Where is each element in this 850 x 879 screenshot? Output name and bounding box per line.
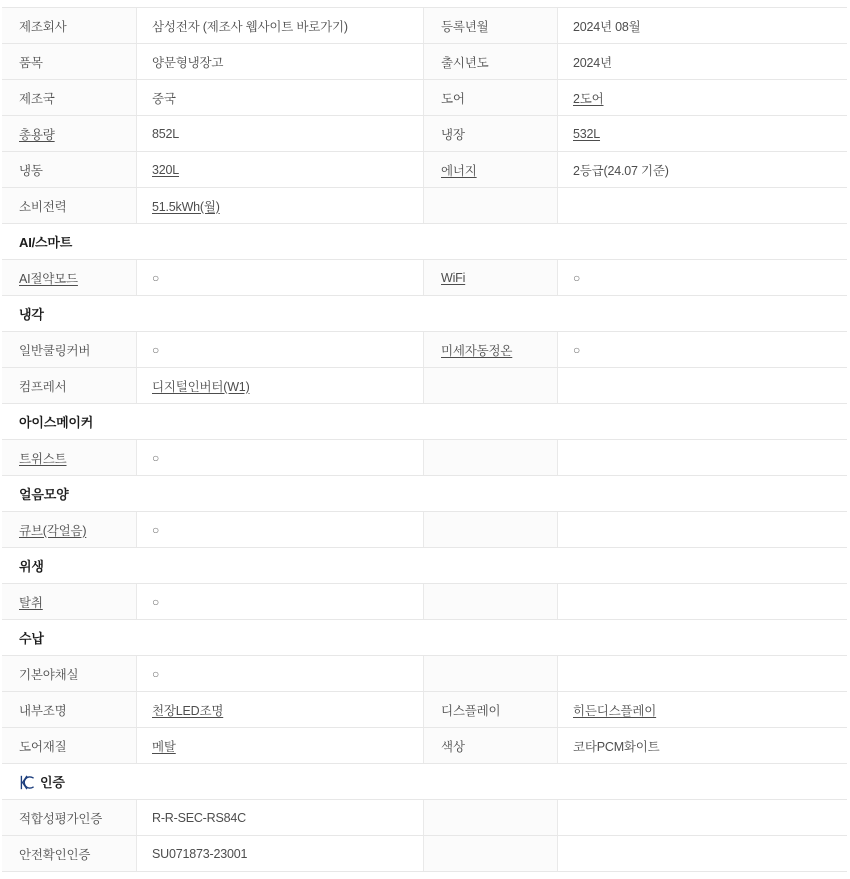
spec-label: 기본야채실 (19, 665, 78, 683)
spec-value-cell: 히든디스플레이 (558, 692, 847, 727)
spec-label-cell: 디스플레이 (424, 692, 558, 727)
spec-label-cell: 출시년도 (424, 44, 558, 79)
spec-value-cell: ○ (137, 332, 424, 367)
section-title: 위생 (19, 556, 44, 575)
section-header: 냉각 (2, 296, 847, 332)
spec-label-cell: 기본야채실 (2, 656, 137, 691)
spec-value: 852L (152, 127, 179, 141)
spec-value-cell: ○ (137, 512, 424, 547)
spec-label-cell: 도어 (424, 80, 558, 115)
table-row: 트위스트○ (2, 440, 847, 476)
spec-label-cell: 안전확인인증 (2, 836, 137, 871)
spec-value-link[interactable]: 디지털인버터(W1) (152, 377, 250, 395)
spec-value-cell: ○ (137, 440, 424, 475)
table-row: 품목양문형냉장고출시년도2024년 (2, 44, 847, 80)
spec-label: 출시년도 (441, 53, 489, 71)
table-row: 소비전력51.5kWh(월) (2, 188, 847, 224)
section-title: 아이스메이커 (19, 412, 93, 431)
spec-value-cell: 코타PCM화이트 (558, 728, 847, 763)
spec-value-cell: 천장LED조명 (137, 692, 424, 727)
spec-value-cell (558, 584, 847, 619)
spec-label-cell (424, 800, 558, 835)
table-row: 컴프레서디지털인버터(W1) (2, 368, 847, 404)
table-row: 내부조명천장LED조명디스플레이히든디스플레이 (2, 692, 847, 728)
spec-label-cell: 탈취 (2, 584, 137, 619)
spec-value-cell: 2024년 (558, 44, 847, 79)
spec-value-link[interactable]: 히든디스플레이 (573, 701, 656, 719)
spec-value: SU071873-23001 (152, 847, 247, 861)
spec-label-cell: 총용량 (2, 116, 137, 151)
section-title: AI/스마트 (19, 232, 72, 251)
spec-label-cell: 냉장 (424, 116, 558, 151)
spec-label: 일반쿨링커버 (19, 341, 90, 359)
feature-present-circle: ○ (152, 523, 159, 537)
spec-label-link[interactable]: 트위스트 (19, 449, 67, 467)
kc-certification-icon (19, 775, 35, 790)
spec-label-cell: 제조국 (2, 80, 137, 115)
spec-label: 냉장 (441, 125, 465, 143)
spec-value: 코타PCM화이트 (573, 737, 660, 755)
table-row: 탈취○ (2, 584, 847, 620)
spec-value-cell: 디지털인버터(W1) (137, 368, 424, 403)
spec-value-cell: ○ (137, 584, 424, 619)
product-spec-table: 제조회사삼성전자 (제조사 웹사이트 바로가기)등록년월2024년 08월품목양… (2, 7, 847, 872)
spec-label: 제조국 (19, 89, 55, 107)
spec-value-cell: SU071873-23001 (137, 836, 424, 871)
spec-value: 2024년 (573, 53, 612, 71)
spec-value-cell: ○ (558, 332, 847, 367)
section-header: 아이스메이커 (2, 404, 847, 440)
spec-value-link[interactable]: 51.5kWh(월) (152, 197, 220, 215)
spec-value: 중국 (152, 89, 176, 107)
spec-label-cell: AI절약모드 (2, 260, 137, 295)
spec-label-link[interactable]: 큐브(각얼음) (19, 521, 86, 539)
feature-present-circle: ○ (152, 667, 159, 681)
spec-value-link[interactable]: 메탈 (152, 737, 176, 755)
section-header: 위생 (2, 548, 847, 584)
spec-label-cell (424, 368, 558, 403)
table-row: 적합성평가인증R-R-SEC-RS84C (2, 800, 847, 836)
spec-value-link[interactable]: 532L (573, 127, 600, 141)
section-header: AI/스마트 (2, 224, 847, 260)
table-row: 기본야채실○ (2, 656, 847, 692)
section-title: 냉각 (19, 304, 44, 323)
table-row: AI절약모드○WiFi○ (2, 260, 847, 296)
feature-present-circle: ○ (573, 343, 580, 357)
feature-present-circle: ○ (152, 343, 159, 357)
spec-label-link[interactable]: 탈취 (19, 593, 43, 611)
spec-label: 품목 (19, 53, 43, 71)
spec-value-cell (558, 512, 847, 547)
spec-label: 색상 (441, 737, 465, 755)
spec-value-cell (558, 656, 847, 691)
spec-label-link[interactable]: AI절약모드 (19, 269, 78, 287)
spec-value-cell: 양문형냉장고 (137, 44, 424, 79)
spec-label-cell: 품목 (2, 44, 137, 79)
spec-value-link[interactable]: 320L (152, 163, 179, 177)
spec-label-cell: 적합성평가인증 (2, 800, 137, 835)
spec-label-cell: 색상 (424, 728, 558, 763)
spec-label: 내부조명 (19, 701, 67, 719)
spec-label-cell: 소비전력 (2, 188, 137, 223)
section-header: 인증 (2, 764, 847, 800)
spec-value-cell (558, 188, 847, 223)
spec-value-cell (558, 836, 847, 871)
table-row: 큐브(각얼음)○ (2, 512, 847, 548)
spec-label-cell: 미세자동정온 (424, 332, 558, 367)
spec-value-cell: 51.5kWh(월) (137, 188, 424, 223)
spec-label-cell: 도어재질 (2, 728, 137, 763)
table-row: 제조회사삼성전자 (제조사 웹사이트 바로가기)등록년월2024년 08월 (2, 8, 847, 44)
spec-value-cell: 2등급(24.07 기준) (558, 152, 847, 187)
spec-value: R-R-SEC-RS84C (152, 811, 246, 825)
spec-value: 2024년 08월 (573, 17, 641, 35)
spec-value-cell: 2도어 (558, 80, 847, 115)
spec-label-cell (424, 656, 558, 691)
spec-value: 양문형냉장고 (152, 53, 223, 71)
spec-label-cell: 트위스트 (2, 440, 137, 475)
spec-value-cell: ○ (137, 260, 424, 295)
spec-label-cell (424, 836, 558, 871)
spec-value-cell (558, 368, 847, 403)
spec-value-link[interactable]: 2도어 (573, 89, 604, 107)
spec-label: 제조회사 (19, 17, 67, 35)
spec-value: 2등급(24.07 기준) (573, 161, 669, 179)
section-header: 얼음모양 (2, 476, 847, 512)
spec-label-cell (424, 584, 558, 619)
section-header: 수납 (2, 620, 847, 656)
spec-value-cell: 중국 (137, 80, 424, 115)
spec-label-cell: 큐브(각얼음) (2, 512, 137, 547)
table-row: 안전확인인증SU071873-23001 (2, 836, 847, 872)
spec-value-cell: 2024년 08월 (558, 8, 847, 43)
spec-value-cell: R-R-SEC-RS84C (137, 800, 424, 835)
spec-label-cell: 에너지 (424, 152, 558, 187)
spec-label-cell: 일반쿨링커버 (2, 332, 137, 367)
spec-label: 도어재질 (19, 737, 67, 755)
spec-label: 소비전력 (19, 197, 67, 215)
spec-value-cell: ○ (137, 656, 424, 691)
spec-label-link[interactable]: 미세자동정온 (441, 341, 512, 359)
table-row: 총용량852L냉장532L (2, 116, 847, 152)
section-title: 얼음모양 (19, 484, 68, 503)
spec-label-cell: 제조회사 (2, 8, 137, 43)
feature-present-circle: ○ (152, 451, 159, 465)
spec-label-cell: 등록년월 (424, 8, 558, 43)
spec-value-cell: 메탈 (137, 728, 424, 763)
spec-value-cell (558, 800, 847, 835)
spec-value-cell: 320L (137, 152, 424, 187)
spec-label-cell: WiFi (424, 260, 558, 295)
spec-label-cell (424, 188, 558, 223)
spec-label: 컴프레서 (19, 377, 67, 395)
spec-value-cell: 삼성전자 (제조사 웹사이트 바로가기) (137, 8, 424, 43)
spec-value-cell: ○ (558, 260, 847, 295)
spec-value-cell (558, 440, 847, 475)
section-title: 인증 (40, 772, 65, 791)
feature-present-circle: ○ (152, 595, 159, 609)
table-row: 냉동320L에너지2등급(24.07 기준) (2, 152, 847, 188)
spec-label: 디스플레이 (441, 701, 500, 719)
table-row: 일반쿨링커버○미세자동정온○ (2, 332, 847, 368)
spec-label-link[interactable]: 총용량 (19, 125, 55, 143)
spec-label-link[interactable]: WiFi (441, 271, 465, 285)
spec-label-cell (424, 512, 558, 547)
spec-label-cell (424, 440, 558, 475)
spec-label: 도어 (441, 89, 465, 107)
spec-value[interactable]: 삼성전자 (제조사 웹사이트 바로가기) (152, 17, 348, 35)
spec-label-cell: 냉동 (2, 152, 137, 187)
spec-value-cell: 852L (137, 116, 424, 151)
spec-value-cell: 532L (558, 116, 847, 151)
spec-label-link[interactable]: 에너지 (441, 161, 477, 179)
spec-label: 냉동 (19, 161, 43, 179)
table-row: 도어재질메탈색상코타PCM화이트 (2, 728, 847, 764)
spec-label-cell: 컴프레서 (2, 368, 137, 403)
table-row: 제조국중국도어2도어 (2, 80, 847, 116)
spec-label: 안전확인인증 (19, 845, 90, 863)
feature-present-circle: ○ (573, 271, 580, 285)
spec-label-cell: 내부조명 (2, 692, 137, 727)
spec-label: 적합성평가인증 (19, 809, 102, 827)
feature-present-circle: ○ (152, 271, 159, 285)
spec-value-link[interactable]: 천장LED조명 (152, 701, 223, 719)
spec-label: 등록년월 (441, 17, 489, 35)
section-title: 수납 (19, 628, 44, 647)
